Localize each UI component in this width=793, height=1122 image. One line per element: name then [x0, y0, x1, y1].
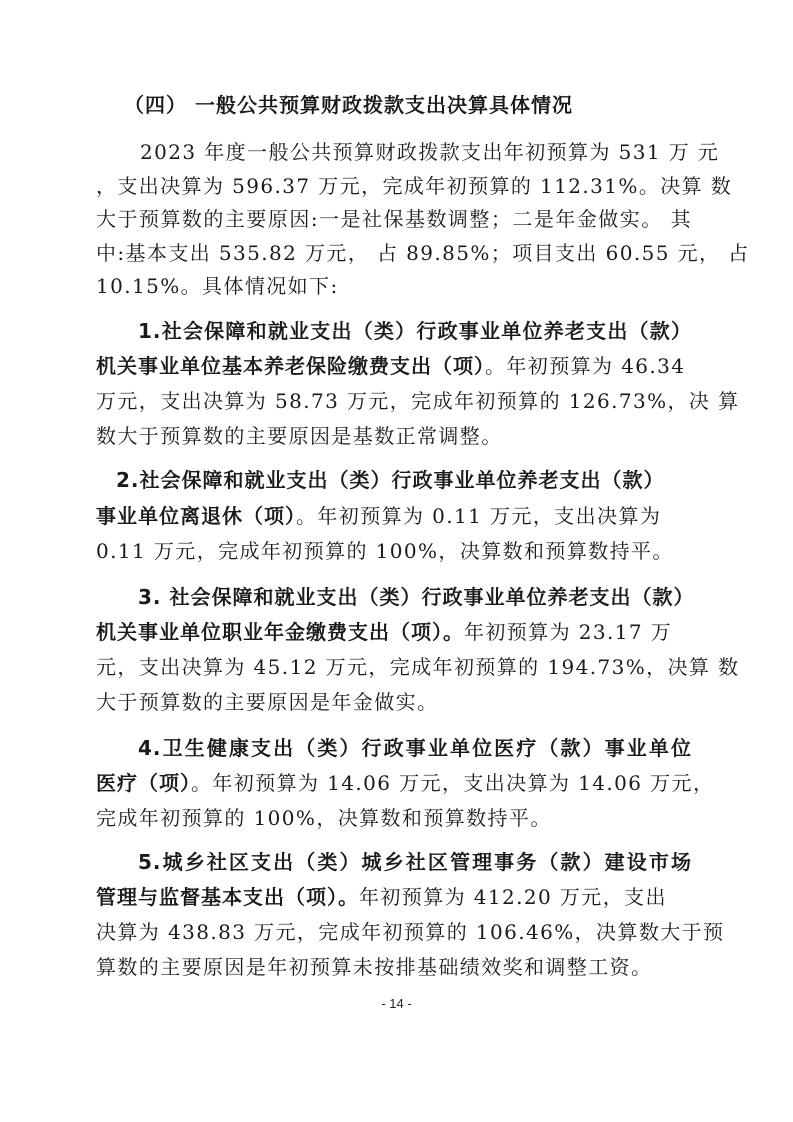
item-1-heading-line2: 机关事业单位基本养老保险缴费支出（项）。年初预算为 46.34 [96, 353, 692, 379]
item-1-heading-rest: 。年初预算为 46.34 [485, 354, 685, 378]
item-2-heading-line1: 2.社会保障和就业支出（类）行政事业单位养老支出（款） [116, 467, 692, 493]
item-1-body-line-2: 数大于预算数的主要原因是基数正常调整。 [96, 423, 692, 449]
item-4-heading-line1: 4.卫生健康支出（类）行政事业单位医疗（款）事业单位 [138, 735, 692, 761]
item-1-heading-bold: 机关事业单位基本养老保险缴费支出（项） [96, 354, 485, 378]
intro-text: 2023 年度一般公共预算财政拨款支出年初预算为 531 万 元 [140, 139, 692, 165]
item-2-heading-rest: 。年初预算为 0.11 万元，支出决算为 [296, 504, 661, 528]
item-5-heading-bold: 管理与监督基本支出（项）。 [96, 885, 359, 909]
item-3-heading-rest: 年初预算为 23.17 万 [464, 620, 672, 644]
item-2-heading-bold: 事业单位离退休（项） [96, 504, 296, 528]
intro-line-3: 大于预算数的主要原因:一是社保基数调整；二是年金做实。 其 [96, 206, 692, 232]
item-4-heading-bold: 医疗（项） [96, 771, 191, 795]
intro-line-1: 2023 年度一般公共预算财政拨款支出年初预算为 531 万 元 [140, 139, 692, 165]
item-5-body-line-2: 算数的主要原因是年初预算未按排基础绩效奖和调整工资。 [96, 954, 692, 980]
section-title: （四） 一般公共预算财政拨款支出决算具体情况 [124, 92, 573, 118]
item-5-heading-line2: 管理与监督基本支出（项）。年初预算为 412.20 万元，支出 [96, 884, 692, 910]
item-5-heading-line1: 5.城乡社区支出（类）城乡社区管理事务（款）建设市场 [138, 849, 692, 875]
item-5-heading-rest: 年初预算为 412.20 万元，支出 [359, 885, 667, 909]
item-3-heading-line2: 机关事业单位职业年金缴费支出（项）。年初预算为 23.17 万 [96, 619, 692, 645]
item-3-heading-line1: 3. 社会保障和就业支出（类）行政事业单位养老支出（款） [138, 584, 692, 610]
item-3-heading-bold: 机关事业单位职业年金缴费支出（项）。 [96, 620, 464, 644]
item-2-heading-line2: 事业单位离退休（项）。年初预算为 0.11 万元，支出决算为 [96, 503, 692, 529]
item-5-body-line-1: 决算为 438.83 万元，完成年初预算的 106.46%，决算数大于预 [96, 919, 692, 945]
item-3-body-line-1: 元，支出决算为 45.12 万元，完成年初预算的 194.73%，决算 数 [96, 654, 692, 680]
item-3-body-line-2: 大于预算数的主要原因是年金做实。 [96, 689, 692, 715]
item-1-body-line-1: 万元，支出决算为 58.73 万元，完成年初预算的 126.73%，决 算 [96, 388, 692, 414]
item-4-heading-rest: 。年初预算为 14.06 万元，支出决算为 14.06 万元， [191, 771, 714, 795]
item-4-heading-line2: 医疗（项）。年初预算为 14.06 万元，支出决算为 14.06 万元， [96, 770, 692, 796]
item-4-body-line-1: 完成年初预算的 100%，决算数和预算数持平。 [96, 805, 692, 831]
intro-line-5: 10.15%。具体情况如下: [96, 273, 692, 299]
intro-line-2: ，支出决算为 596.37 万元，完成年初预算的 112.31%。决算 数 [96, 173, 692, 199]
item-2-body-line-1: 0.11 万元，完成年初预算的 100%，决算数和预算数持平。 [96, 538, 692, 564]
item-1-heading-line1: 1.社会保障和就业支出（类）行政事业单位养老支出（款） [138, 318, 692, 344]
intro-line-4: 中:基本支出 535.82 万元， 占 89.85%；项目支出 60.55 元，… [96, 240, 692, 266]
page-number: - 14 - [0, 996, 793, 1011]
